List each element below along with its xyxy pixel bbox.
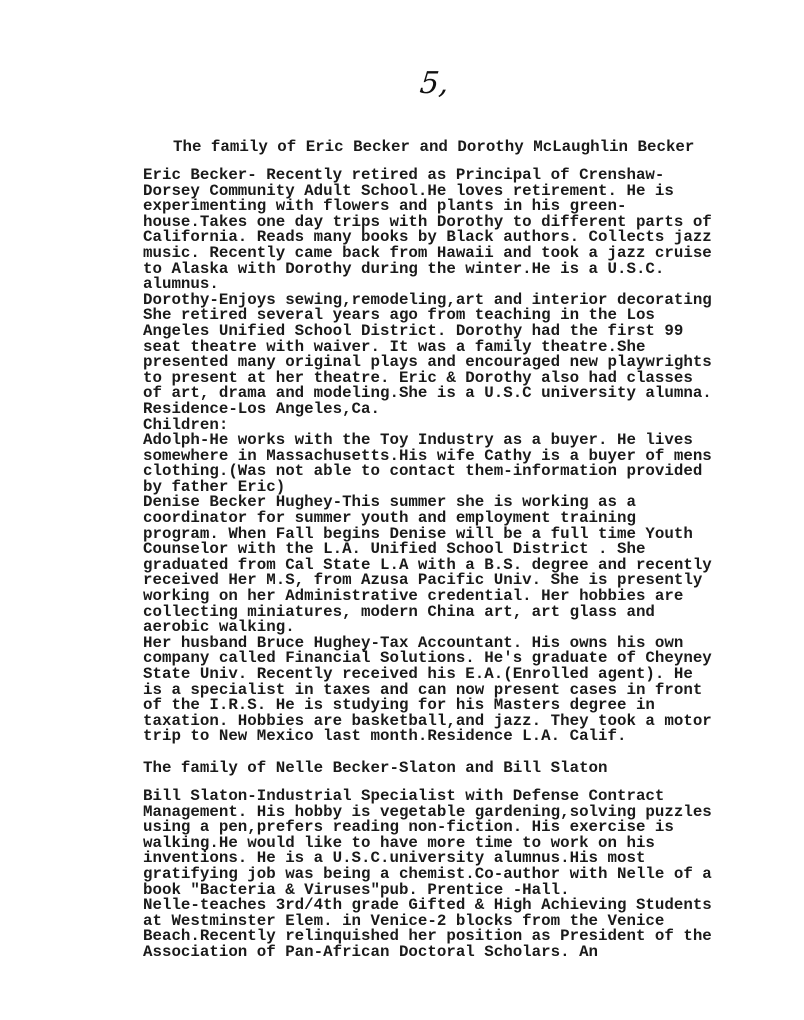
section-body-becker: Eric Becker- Recently retired as Princip… xyxy=(143,168,712,745)
page-number: 5, xyxy=(418,66,450,101)
text-line: trip to New Mexico last month.Residence … xyxy=(143,729,712,745)
section-body-slaton: Bill Slaton-Industrial Specialist with D… xyxy=(143,789,712,961)
text-line: to Alaska with Dorothy during the winter… xyxy=(143,262,712,278)
text-line: Residence-Los Angeles,Ca. xyxy=(143,402,712,418)
text-line: Association of Pan-African Doctoral Scho… xyxy=(143,945,712,961)
section-title-becker: The family of Eric Becker and Dorothy Mc… xyxy=(173,140,694,156)
section-title-slaton: The family of Nelle Becker-Slaton and Bi… xyxy=(143,761,608,777)
